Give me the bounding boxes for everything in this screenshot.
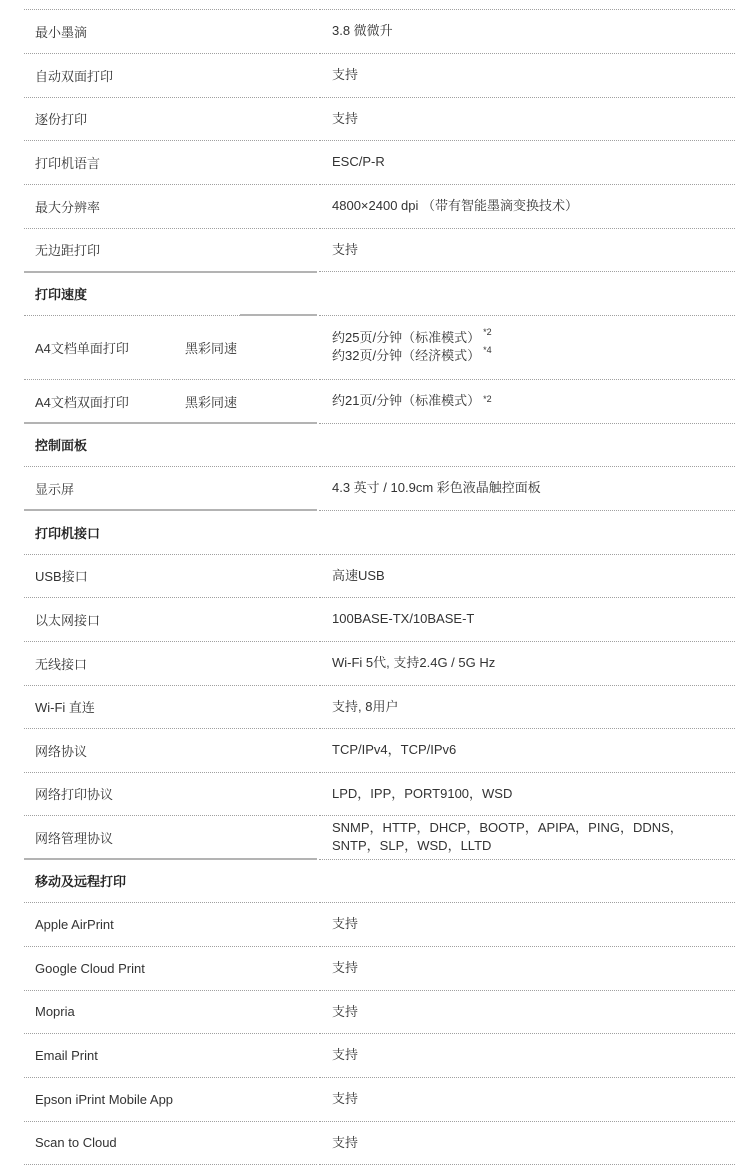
spec-row-scan-to-cloud: Scan to Cloud 支持 [0,1121,750,1164]
spec-value: SNMP，HTTP，DHCP，BOOTP，APIPA，PING，DDNS， SN… [332,815,732,859]
value-line: 约32页/分钟（经济模式）*4 [332,347,492,365]
spec-row-mopria: Mopria 支持 [0,990,750,1033]
divider [24,97,317,98]
spec-value: 支持 [332,1121,732,1164]
divider [319,685,735,686]
divider [24,597,317,598]
divider [24,1077,317,1078]
divider [319,315,735,316]
divider [24,685,317,686]
divider [24,815,317,816]
divider [319,990,735,991]
spec-value: ESC/P-R [332,140,732,184]
spec-label: Mopria [35,990,175,1033]
spec-label: 无边距打印 [35,228,175,271]
spec-value: 支持 [332,53,732,97]
section-header-interfaces: 打印机接口 [0,510,750,554]
spec-value: 100BASE-TX/10BASE-T [332,597,732,641]
spec-label: 无线接口 [35,641,175,685]
spec-value: 约25页/分钟（标准模式）*2 约32页/分钟（经济模式）*4 [332,315,732,379]
section-header-print-speed: 打印速度 [0,271,750,315]
spec-row-wifi-direct: Wi-Fi 直连 支持, 8用户 [0,685,750,728]
spec-label: 最大分辨率 [35,184,175,228]
divider [319,379,735,380]
spec-value: Wi-Fi 5代, 支持2.4G / 5G Hz [332,641,732,685]
divider [319,140,735,141]
spec-value: 支持 [332,990,732,1033]
spec-value: TCP/IPv4，TCP/IPv6 [332,728,732,772]
value-line: SNMP，HTTP，DHCP，BOOTP，APIPA，PING，DDNS， [332,819,683,837]
spec-value: 支持 [332,1033,732,1077]
footnote-mark: *2 [483,327,492,337]
spec-label: A4文档双面打印 [35,379,175,423]
divider [24,53,317,54]
spec-row-collate: 逐份打印 支持 [0,97,750,140]
spec-value: 高速USB [332,554,732,597]
divider [319,53,735,54]
spec-row-borderless: 无边距打印 支持 [0,228,750,271]
spec-row-usb: USB接口 高速USB [0,554,750,597]
spec-label: 显示屏 [35,466,175,510]
divider [319,641,735,642]
section-header-mobile-remote: 移动及远程打印 [0,859,750,902]
spec-row-display: 显示屏 4.3 英寸 / 10.9cm 彩色液晶触控面板 [0,466,750,510]
divider [24,902,317,903]
spec-label: A4文档单面打印 [35,315,175,379]
spec-value: 3.8 微微升 [332,9,732,53]
divider [24,466,317,467]
spec-value: 约21页/分钟（标准模式）*2 [332,379,732,423]
divider [24,271,317,273]
divider [319,466,735,467]
spec-row-max-resolution: 最大分辨率 4800×2400 dpi （带有智能墨滴变换技术） [0,184,750,228]
section-title: 控制面板 [35,423,315,466]
spec-row-a4-simplex: A4文档单面打印 黑彩同速 约25页/分钟（标准模式）*2 约32页/分钟（经济… [0,315,750,379]
spec-row-auto-duplex: 自动双面打印 支持 [0,53,750,97]
divider [172,379,317,380]
divider [319,423,735,424]
divider [24,1033,317,1034]
spec-label: Email Print [35,1033,175,1077]
spec-row-network-mgmt-protocol: 网络管理协议 SNMP，HTTP，DHCP，BOOTP，APIPA，PING，D… [0,815,750,859]
spec-value: 4.3 英寸 / 10.9cm 彩色液晶触控面板 [332,466,732,510]
divider [24,9,317,10]
divider [24,509,317,511]
spec-row-wireless: 无线接口 Wi-Fi 5代, 支持2.4G / 5G Hz [0,641,750,685]
divider [24,1164,317,1165]
divider [319,859,735,860]
spec-value: 支持 [332,946,732,990]
divider [24,228,317,229]
spec-value: 支持 [332,228,732,271]
spec-label: 打印机语言 [35,140,175,184]
divider [24,379,170,380]
spec-value: 支持 [332,1077,732,1121]
spec-row-a4-duplex: A4文档双面打印 黑彩同速 约21页/分钟（标准模式）*2 [0,379,750,423]
section-title: 打印速度 [35,271,315,315]
spec-sublabel: 黑彩同速 [185,379,305,423]
divider [319,510,735,511]
divider [24,772,317,773]
divider [319,554,735,555]
spec-row-ethernet: 以太网接口 100BASE-TX/10BASE-T [0,597,750,641]
divider [319,1164,735,1165]
divider [319,1121,735,1122]
value-line: 约25页/分钟（标准模式）*2 [332,329,492,347]
divider [24,858,317,860]
spec-value: LPD，IPP，PORT9100，WSD [332,772,732,815]
divider [24,946,317,947]
spec-label: Scan to Cloud [35,1121,175,1164]
divider [24,728,317,729]
divider [319,97,735,98]
divider [319,271,735,272]
divider [319,728,735,729]
spec-label: Apple AirPrint [35,902,175,946]
spec-row-email-print: Email Print 支持 [0,1033,750,1077]
section-title: 打印机接口 [35,510,315,554]
divider [319,815,735,816]
spec-label: 网络协议 [35,728,175,772]
spec-label: 网络打印协议 [35,772,175,815]
divider [319,184,735,185]
section-title: 移动及远程打印 [35,859,315,902]
divider [319,1077,735,1078]
spec-value: 支持 [332,902,732,946]
spec-label: 以太网接口 [35,597,175,641]
spec-label: USB接口 [35,554,175,597]
divider [24,1121,317,1122]
spec-row-google-cloud-print: Google Cloud Print 支持 [0,946,750,990]
spec-row-printer-language: 打印机语言 ESC/P-R [0,140,750,184]
spec-value: 支持, 8用户 [332,685,732,728]
divider [319,597,735,598]
footnote-mark: *4 [483,345,492,355]
divider [24,641,317,642]
spec-label: Epson iPrint Mobile App [35,1077,175,1121]
spec-value: 支持 [332,97,732,140]
spec-row-iprint-app: Epson iPrint Mobile App 支持 [0,1077,750,1121]
divider [24,315,240,316]
spec-label: Google Cloud Print [35,946,175,990]
spec-row-min-droplet: 最小墨滴 3.8 微微升 [0,9,750,53]
spec-value: 4800×2400 dpi （带有智能墨滴变换技术） [332,184,732,228]
divider [24,184,317,185]
spec-sublabel: 黑彩同速 [185,315,305,379]
spec-label: 逐份打印 [35,97,175,140]
divider [24,990,317,991]
divider [24,140,317,141]
section-header-control-panel: 控制面板 [0,423,750,466]
divider [319,228,735,229]
divider [319,772,735,773]
spec-label: 自动双面打印 [35,53,175,97]
divider [240,314,317,316]
spec-label: 最小墨滴 [35,9,175,53]
divider [319,946,735,947]
divider [319,1033,735,1034]
spec-row-airprint: Apple AirPrint 支持 [0,902,750,946]
value-line: SNTP，SLP，WSD，LLTD [332,837,683,855]
divider [319,902,735,903]
divider [319,9,735,10]
divider [24,422,317,424]
spec-row-network-protocol: 网络协议 TCP/IPv4，TCP/IPv6 [0,728,750,772]
spec-row-network-print-protocol: 网络打印协议 LPD，IPP，PORT9100，WSD [0,772,750,815]
spec-label: 网络管理协议 [35,815,175,859]
divider [24,554,317,555]
spec-label: Wi-Fi 直连 [35,685,175,728]
